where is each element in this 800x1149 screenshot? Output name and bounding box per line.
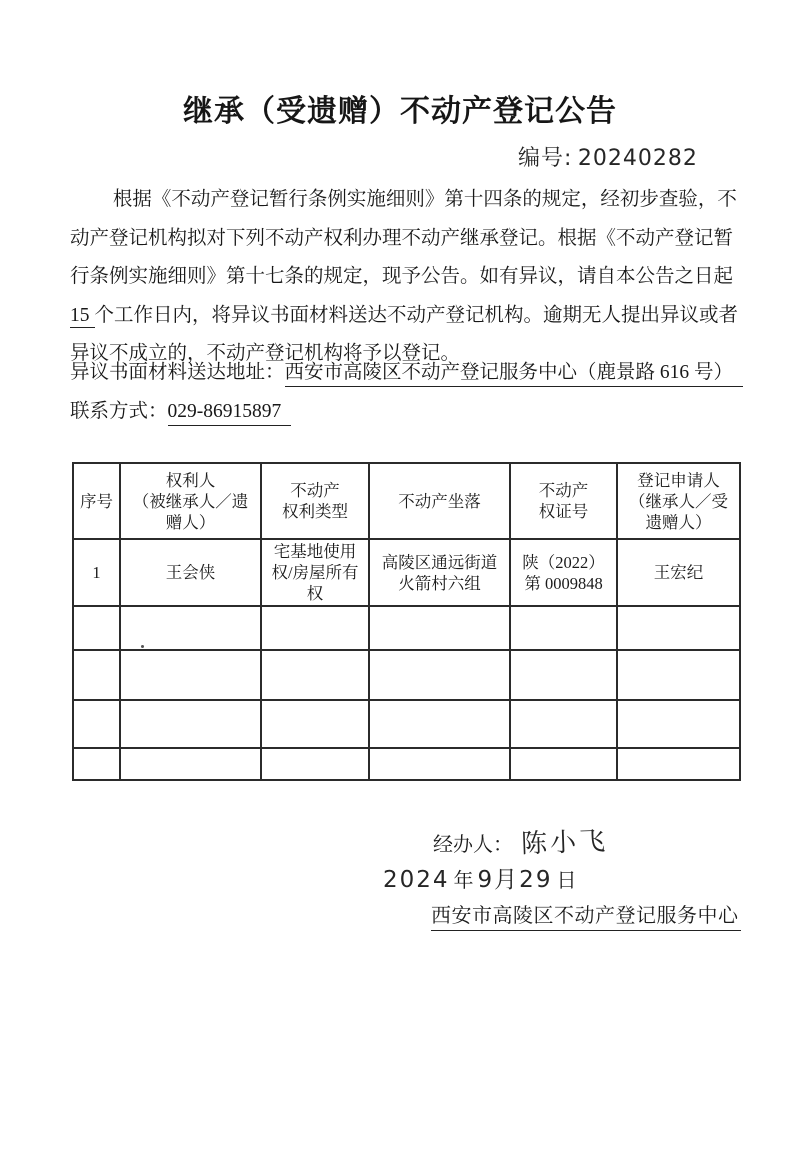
table-header-row: 序号 权利人 （被继承人／遗 赠人） 不动产 权利类型 不动产坐落 不动产 权证… [73, 463, 740, 539]
cell-cert-number: 陕（2022） 第 0009848 [510, 539, 617, 606]
cell-empty [120, 748, 261, 780]
address-line: 异议书面材料送达地址：西安市高陵区不动产登记服务中心（鹿景路 616 号） [70, 356, 743, 384]
day-label: 日 [556, 870, 576, 892]
table-row-empty [73, 650, 740, 700]
cell-empty [120, 606, 261, 650]
cell-empty [510, 748, 617, 780]
cell-empty [261, 650, 369, 700]
cell-empty [73, 748, 120, 780]
cell-empty [369, 748, 510, 780]
cell-empty [369, 700, 510, 748]
cell-empty [510, 700, 617, 748]
header-cell-location: 不动产坐落 [369, 463, 510, 539]
contact-line: 联系方式：029-86915897 [70, 395, 291, 423]
cell-empty [73, 606, 120, 650]
scanned-notice-page: 继承（受遗赠）不动产登记公告 编号: 20240282 根据《不动产登记暂行条例… [0, 0, 800, 1149]
cell-empty [261, 606, 369, 650]
handler-signature: 陈小飞 [520, 820, 608, 860]
table-row: 1 王会侠 宅基地使用 权/房屋所有 权 高陵区通远街道 火箭村六组 陕（202… [73, 539, 740, 606]
scan-speck [141, 645, 144, 648]
cell-empty [369, 650, 510, 700]
handler-label: 经办人： [433, 834, 513, 856]
cell-location: 高陵区通远街道 火箭村六组 [369, 539, 510, 606]
address-value: 西安市高陵区不动产登记服务中心（鹿景路 616 号） [285, 362, 744, 387]
cell-empty [617, 650, 740, 700]
header-cell-applicant: 登记申请人 （继承人／受 遗赠人） [617, 463, 740, 539]
org-name: 西安市高陵区不动产登记服务中心 [431, 905, 741, 931]
org-line: 西安市高陵区不动产登记服务中心 [431, 899, 741, 928]
header-cell-cert-number: 不动产 权证号 [510, 463, 617, 539]
header-cell-right-type: 不动产 权利类型 [261, 463, 369, 539]
paragraph-line: 行条例实施细则》第十七条的规定，现予公告。如有异议，请自本公告之日起 [70, 258, 742, 297]
records-table: 序号 权利人 （被继承人／遗 赠人） 不动产 权利类型 不动产坐落 不动产 权证… [72, 462, 741, 781]
cell-empty [261, 700, 369, 748]
table-row-empty [73, 606, 740, 650]
cell-right-type: 宅基地使用 权/房屋所有 权 [261, 539, 369, 606]
table-row-empty [73, 700, 740, 748]
cell-applicant: 王宏纪 [617, 539, 740, 606]
contact-value: 029-86915897 [168, 401, 292, 426]
table-row-empty [73, 748, 740, 780]
cell-empty [73, 700, 120, 748]
paragraph-line: 15个工作日内，将异议书面材料送达不动产登记机构。逾期无人提出异议或者 [70, 297, 742, 336]
date-year: 2024 [383, 867, 450, 893]
header-cell-seq: 序号 [73, 463, 120, 539]
doc-number-label: 编号: [518, 146, 572, 171]
cell-empty [510, 650, 617, 700]
deadline-days: 15 [70, 305, 95, 328]
cell-empty [369, 606, 510, 650]
cell-empty [73, 650, 120, 700]
cell-rights-holder: 王会侠 [120, 539, 261, 606]
date-line: 2024年9月29日 [383, 861, 580, 894]
doc-number-line: 编号: 20240282 [518, 141, 698, 172]
date-monthday: 9月29 [478, 867, 553, 893]
contact-label: 联系方式： [70, 401, 168, 422]
doc-number-value: 20240282 [578, 146, 698, 171]
cell-empty [617, 606, 740, 650]
cell-empty [510, 606, 617, 650]
address-label: 异议书面材料送达地址： [70, 362, 285, 383]
cell-seq: 1 [73, 539, 120, 606]
cell-empty [120, 700, 261, 748]
cell-empty [261, 748, 369, 780]
cell-empty [617, 748, 740, 780]
handler-line: 经办人：陈小飞 [433, 822, 608, 859]
paragraph-line-rest: 个工作日内，将异议书面材料送达不动产登记机构。逾期无人提出异议或者 [95, 305, 739, 326]
cell-empty [617, 700, 740, 748]
notice-paragraph: 根据《不动产登记暂行条例实施细则》第十四条的规定，经初步查验，不 动产登记机构拟… [70, 181, 742, 374]
page-title: 继承（受遗赠）不动产登记公告 [0, 86, 800, 130]
cell-empty [120, 650, 261, 700]
paragraph-line: 动产登记机构拟对下列不动产权利办理不动产继承登记。根据《不动产登记暂 [70, 220, 742, 259]
header-cell-rights-holder: 权利人 （被继承人／遗 赠人） [120, 463, 261, 539]
year-label: 年 [454, 870, 474, 892]
paragraph-line: 根据《不动产登记暂行条例实施细则》第十四条的规定，经初步查验，不 [70, 181, 742, 220]
